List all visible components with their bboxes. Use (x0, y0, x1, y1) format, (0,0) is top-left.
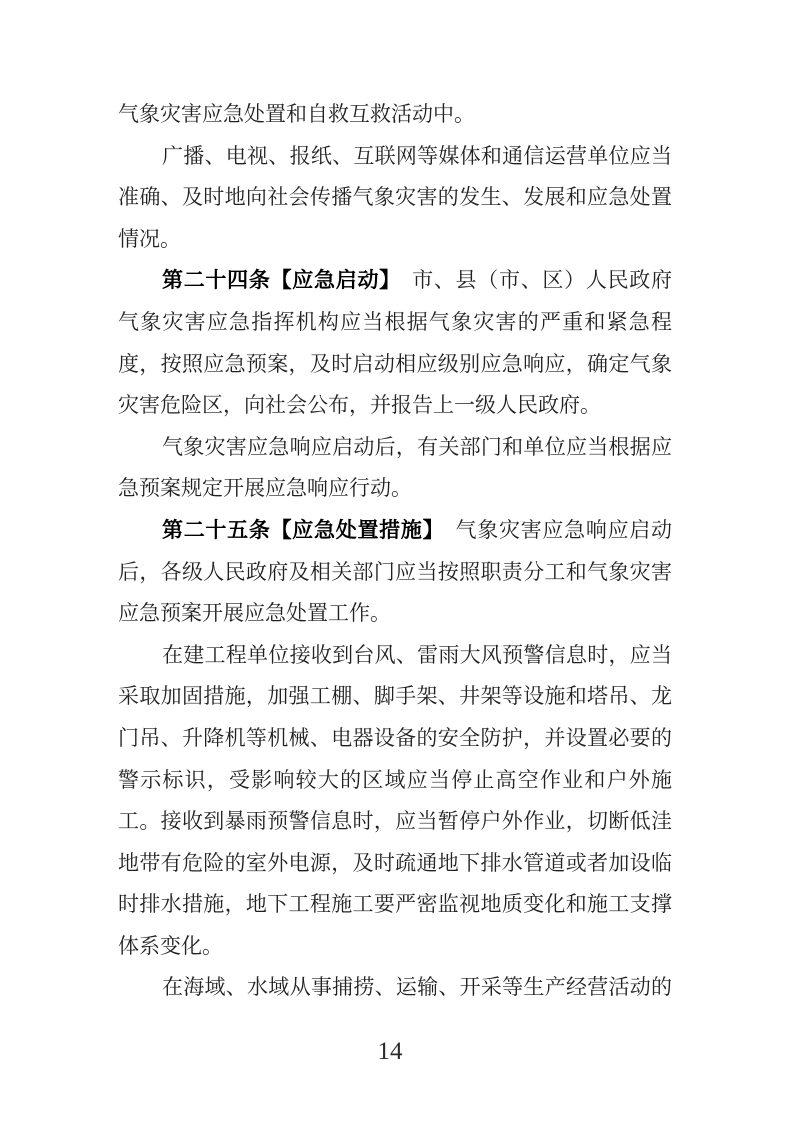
body-text: 采取加固措施，加强工棚、脚手架、井架等设施和塔吊、龙 (118, 684, 672, 708)
text-line: 准确、及时地向社会传播气象灾害的发生、发展和应急处置 (118, 177, 672, 219)
body-text: 气象灾害应急响应启动后，有关部门和单位应当根据应 (162, 435, 672, 459)
text-line: 情况。 (118, 219, 672, 261)
text-line: 应急预案开展应急处置工作。 (118, 593, 672, 635)
text-line: 警示标识，受影响较大的区域应当停止高空作业和户外施 (118, 760, 672, 802)
body-text: 时排水措施，地下工程施工要严密监视地质变化和施工支撑 (118, 892, 672, 916)
text-line: 急预案规定开展应急响应行动。 (118, 468, 672, 510)
body-text: 体系变化。 (118, 934, 223, 958)
body-text: 气象灾害应急处置和自救互救活动中。 (118, 102, 475, 126)
body-text: 警示标识，受影响较大的区域应当停止高空作业和户外施 (118, 768, 672, 792)
body-text: 地带有危险的室外电源，及时疏通地下排水管道或者加设临 (118, 851, 672, 875)
body-text: 气象灾害应急响应启动 (434, 518, 672, 542)
text-line: 体系变化。 (118, 926, 672, 968)
text-line: 在建工程单位接收到台风、雷雨大风预警信息时，应当 (118, 635, 672, 677)
text-line: 广播、电视、报纸、互联网等媒体和通信运营单位应当 (118, 136, 672, 178)
body-text: 门吊、升降机等机械、电器设备的安全防护，并设置必要的 (118, 726, 672, 750)
text-line: 采取加固措施，加强工棚、脚手架、井架等设施和塔吊、龙 (118, 676, 672, 718)
text-block: 气象灾害应急处置和自救互救活动中。广播、电视、报纸、互联网等媒体和通信运营单位应… (118, 94, 672, 1009)
article-heading: 第二十四条【应急启动】 (162, 269, 390, 292)
text-line: 灾害危险区，向社会公布，并报告上一级人民政府。 (118, 385, 672, 427)
text-line: 气象灾害应急处置和自救互救活动中。 (118, 94, 672, 136)
body-text: 应急预案开展应急处置工作。 (118, 601, 391, 625)
text-line: 第二十四条【应急启动】 市、县（市、区）人民政府 (118, 260, 672, 302)
body-text: 气象灾害应急指挥机构应当根据气象灾害的严重和紧急程 (118, 310, 672, 334)
body-text: 灾害危险区，向社会公布，并报告上一级人民政府。 (118, 393, 601, 417)
body-text: 广播、电视、报纸、互联网等媒体和通信运营单位应当 (162, 144, 672, 168)
body-text: 准确、及时地向社会传播气象灾害的发生、发展和应急处置 (118, 185, 672, 209)
body-text: 在海域、水域从事捕捞、运输、开采等生产经营活动的 (162, 975, 672, 999)
text-line: 第二十五条【应急处置措施】 气象灾害应急响应启动 (118, 510, 672, 552)
article-heading: 第二十五条【应急处置措施】 (162, 519, 434, 542)
text-line: 时排水措施，地下工程施工要严密监视地质变化和施工支撑 (118, 884, 672, 926)
body-text: 度，按照应急预案，及时启动相应级别应急响应，确定气象 (118, 352, 672, 376)
body-text: 情况。 (118, 227, 181, 251)
body-text: 市、县（市、区）人民政府 (390, 268, 672, 292)
text-line: 地带有危险的室外电源，及时疏通地下排水管道或者加设临 (118, 843, 672, 885)
text-line: 度，按照应急预案，及时启动相应级别应急响应，确定气象 (118, 344, 672, 386)
text-line: 在海域、水域从事捕捞、运输、开采等生产经营活动的 (118, 967, 672, 1009)
page-number: 14 (378, 1038, 403, 1065)
body-text: 急预案规定开展应急响应行动。 (118, 476, 412, 500)
text-line: 门吊、升降机等机械、电器设备的安全防护，并设置必要的 (118, 718, 672, 760)
text-line: 后，各级人民政府及相关部门应当按照职责分工和气象灾害 (118, 552, 672, 594)
text-line: 气象灾害应急响应启动后，有关部门和单位应当根据应 (118, 427, 672, 469)
text-line: 气象灾害应急指挥机构应当根据气象灾害的严重和紧急程 (118, 302, 672, 344)
body-text: 在建工程单位接收到台风、雷雨大风预警信息时，应当 (162, 643, 672, 667)
document-page: 气象灾害应急处置和自救互救活动中。广播、电视、报纸、互联网等媒体和通信运营单位应… (0, 0, 793, 1122)
body-text: 后，各级人民政府及相关部门应当按照职责分工和气象灾害 (118, 560, 672, 584)
page-footer: 14 (0, 1038, 780, 1066)
text-line: 工。接收到暴雨预警信息时，应当暂停户外作业，切断低洼 (118, 801, 672, 843)
body-text: 工。接收到暴雨预警信息时，应当暂停户外作业，切断低洼 (118, 809, 672, 833)
